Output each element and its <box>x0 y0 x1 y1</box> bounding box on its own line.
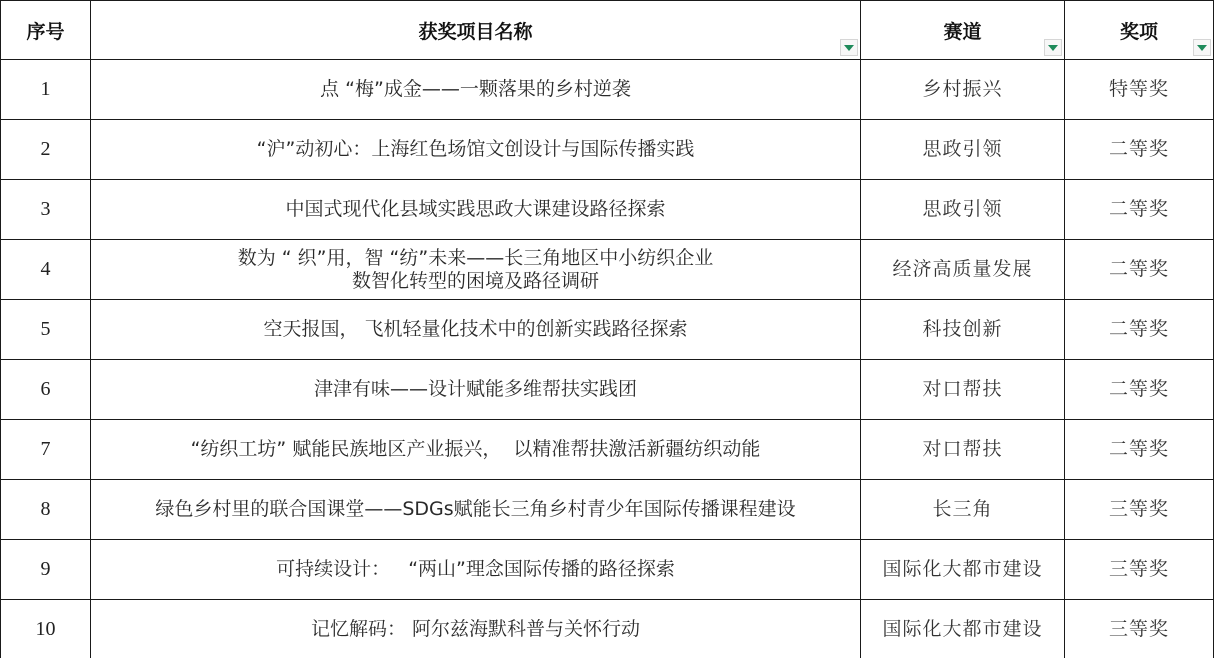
cell-project-name[interactable]: 津津有味——设计赋能多维帮扶实践团 <box>91 360 861 420</box>
cell-no[interactable]: 1 <box>1 60 91 120</box>
table-row[interactable]: 8 绿色乡村里的联合国课堂——SDGs赋能长三角乡村青少年国际传播课程建设 长三… <box>1 480 1214 540</box>
table-row[interactable]: 7 “纺织工坊” 赋能民族地区产业振兴， 以精准帮扶激活新疆纺织动能 对口帮扶 … <box>1 420 1214 480</box>
cell-project-name[interactable]: “纺织工坊” 赋能民族地区产业振兴， 以精准帮扶激活新疆纺织动能 <box>91 420 861 480</box>
project-name-line: 数智化转型的困境及路径调研 <box>91 270 860 293</box>
project-name-line: 空天报国， 飞机轻量化技术中的创新实践路径探索 <box>91 318 860 341</box>
table-header: 序号 获奖项目名称 赛道 奖项 <box>1 1 1214 60</box>
cell-track[interactable]: 经济高质量发展 <box>861 240 1065 300</box>
project-name-line: 中国式现代化县域实践思政大课建设路径探索 <box>91 198 860 221</box>
project-name-line: 绿色乡村里的联合国课堂——SDGs赋能长三角乡村青少年国际传播课程建设 <box>91 498 860 521</box>
cell-project-name[interactable]: 记忆解码： 阿尔兹海默科普与关怀行动 <box>91 600 861 658</box>
cell-track[interactable]: 思政引领 <box>861 120 1065 180</box>
table-row[interactable]: 1 点 “梅”成金——一颗落果的乡村逆袭 乡村振兴 特等奖 <box>1 60 1214 120</box>
cell-award[interactable]: 二等奖 <box>1065 420 1214 480</box>
filter-dropdown-track[interactable] <box>1044 39 1062 56</box>
dropdown-arrow-icon <box>844 45 854 51</box>
cell-project-name[interactable]: 中国式现代化县域实践思政大课建设路径探索 <box>91 180 861 240</box>
header-award: 奖项 <box>1065 1 1214 60</box>
cell-award[interactable]: 二等奖 <box>1065 180 1214 240</box>
table-row[interactable]: 10 记忆解码： 阿尔兹海默科普与关怀行动 国际化大都市建设 三等奖 <box>1 600 1214 658</box>
cell-track[interactable]: 思政引领 <box>861 180 1065 240</box>
table-row[interactable]: 9 可持续设计： “两山”理念国际传播的路径探索 国际化大都市建设 三等奖 <box>1 540 1214 600</box>
cell-track[interactable]: 对口帮扶 <box>861 360 1065 420</box>
dropdown-arrow-icon <box>1197 45 1207 51</box>
table-row[interactable]: 4 数为 “ 织”用，智 “纺”未来——长三角地区中小纺织企业数智化转型的困境及… <box>1 240 1214 300</box>
cell-project-name[interactable]: 绿色乡村里的联合国课堂——SDGs赋能长三角乡村青少年国际传播课程建设 <box>91 480 861 540</box>
cell-track[interactable]: 科技创新 <box>861 300 1065 360</box>
dropdown-arrow-icon <box>1048 45 1058 51</box>
cell-no[interactable]: 5 <box>1 300 91 360</box>
header-award-label: 奖项 <box>1120 21 1158 43</box>
table-row[interactable]: 2 “沪”动初心：上海红色场馆文创设计与国际传播实践 思政引领 二等奖 <box>1 120 1214 180</box>
project-name-line: 数为 “ 织”用，智 “纺”未来——长三角地区中小纺织企业 <box>91 247 860 270</box>
cell-track[interactable]: 国际化大都市建设 <box>861 600 1065 658</box>
header-track: 赛道 <box>861 1 1065 60</box>
cell-project-name[interactable]: 点 “梅”成金——一颗落果的乡村逆袭 <box>91 60 861 120</box>
filter-dropdown-name[interactable] <box>840 39 858 56</box>
filter-dropdown-award[interactable] <box>1193 39 1211 56</box>
project-name-line: “沪”动初心：上海红色场馆文创设计与国际传播实践 <box>91 138 860 161</box>
header-row: 序号 获奖项目名称 赛道 奖项 <box>1 1 1214 60</box>
table-row[interactable]: 6 津津有味——设计赋能多维帮扶实践团 对口帮扶 二等奖 <box>1 360 1214 420</box>
header-track-label: 赛道 <box>943 21 981 43</box>
project-name-line: 点 “梅”成金——一颗落果的乡村逆袭 <box>91 78 860 101</box>
cell-track[interactable]: 乡村振兴 <box>861 60 1065 120</box>
cell-no[interactable]: 4 <box>1 240 91 300</box>
cell-no[interactable]: 9 <box>1 540 91 600</box>
header-name: 获奖项目名称 <box>91 1 861 60</box>
cell-project-name[interactable]: 可持续设计： “两山”理念国际传播的路径探索 <box>91 540 861 600</box>
cell-award[interactable]: 三等奖 <box>1065 480 1214 540</box>
cell-no[interactable]: 10 <box>1 600 91 658</box>
cell-no[interactable]: 8 <box>1 480 91 540</box>
project-name-line: 记忆解码： 阿尔兹海默科普与关怀行动 <box>91 618 860 641</box>
cell-no[interactable]: 7 <box>1 420 91 480</box>
project-name-line: 可持续设计： “两山”理念国际传播的路径探索 <box>91 558 860 581</box>
cell-award[interactable]: 二等奖 <box>1065 240 1214 300</box>
table-row[interactable]: 5 空天报国， 飞机轻量化技术中的创新实践路径探索 科技创新 二等奖 <box>1 300 1214 360</box>
project-name-line: “纺织工坊” 赋能民族地区产业振兴， 以精准帮扶激活新疆纺织动能 <box>91 438 860 461</box>
cell-no[interactable]: 3 <box>1 180 91 240</box>
cell-project-name[interactable]: “沪”动初心：上海红色场馆文创设计与国际传播实践 <box>91 120 861 180</box>
cell-track[interactable]: 国际化大都市建设 <box>861 540 1065 600</box>
cell-award[interactable]: 二等奖 <box>1065 360 1214 420</box>
cell-award[interactable]: 特等奖 <box>1065 60 1214 120</box>
cell-award[interactable]: 二等奖 <box>1065 120 1214 180</box>
cell-no[interactable]: 6 <box>1 360 91 420</box>
cell-track[interactable]: 长三角 <box>861 480 1065 540</box>
header-name-label: 获奖项目名称 <box>418 21 532 43</box>
table-row[interactable]: 3 中国式现代化县域实践思政大课建设路径探索 思政引领 二等奖 <box>1 180 1214 240</box>
header-no-label: 序号 <box>26 21 64 43</box>
awards-table: 序号 获奖项目名称 赛道 奖项 1 点 “梅”成金——一颗落果的乡村逆袭 乡村振… <box>0 0 1214 658</box>
cell-track[interactable]: 对口帮扶 <box>861 420 1065 480</box>
cell-award[interactable]: 三等奖 <box>1065 600 1214 658</box>
cell-award[interactable]: 三等奖 <box>1065 540 1214 600</box>
cell-no[interactable]: 2 <box>1 120 91 180</box>
project-name-line: 津津有味——设计赋能多维帮扶实践团 <box>91 378 860 401</box>
cell-award[interactable]: 二等奖 <box>1065 300 1214 360</box>
cell-project-name[interactable]: 数为 “ 织”用，智 “纺”未来——长三角地区中小纺织企业数智化转型的困境及路径… <box>91 240 861 300</box>
table-body: 1 点 “梅”成金——一颗落果的乡村逆袭 乡村振兴 特等奖 2 “沪”动初心：上… <box>1 60 1214 658</box>
cell-project-name[interactable]: 空天报国， 飞机轻量化技术中的创新实践路径探索 <box>91 300 861 360</box>
header-no: 序号 <box>1 1 91 60</box>
